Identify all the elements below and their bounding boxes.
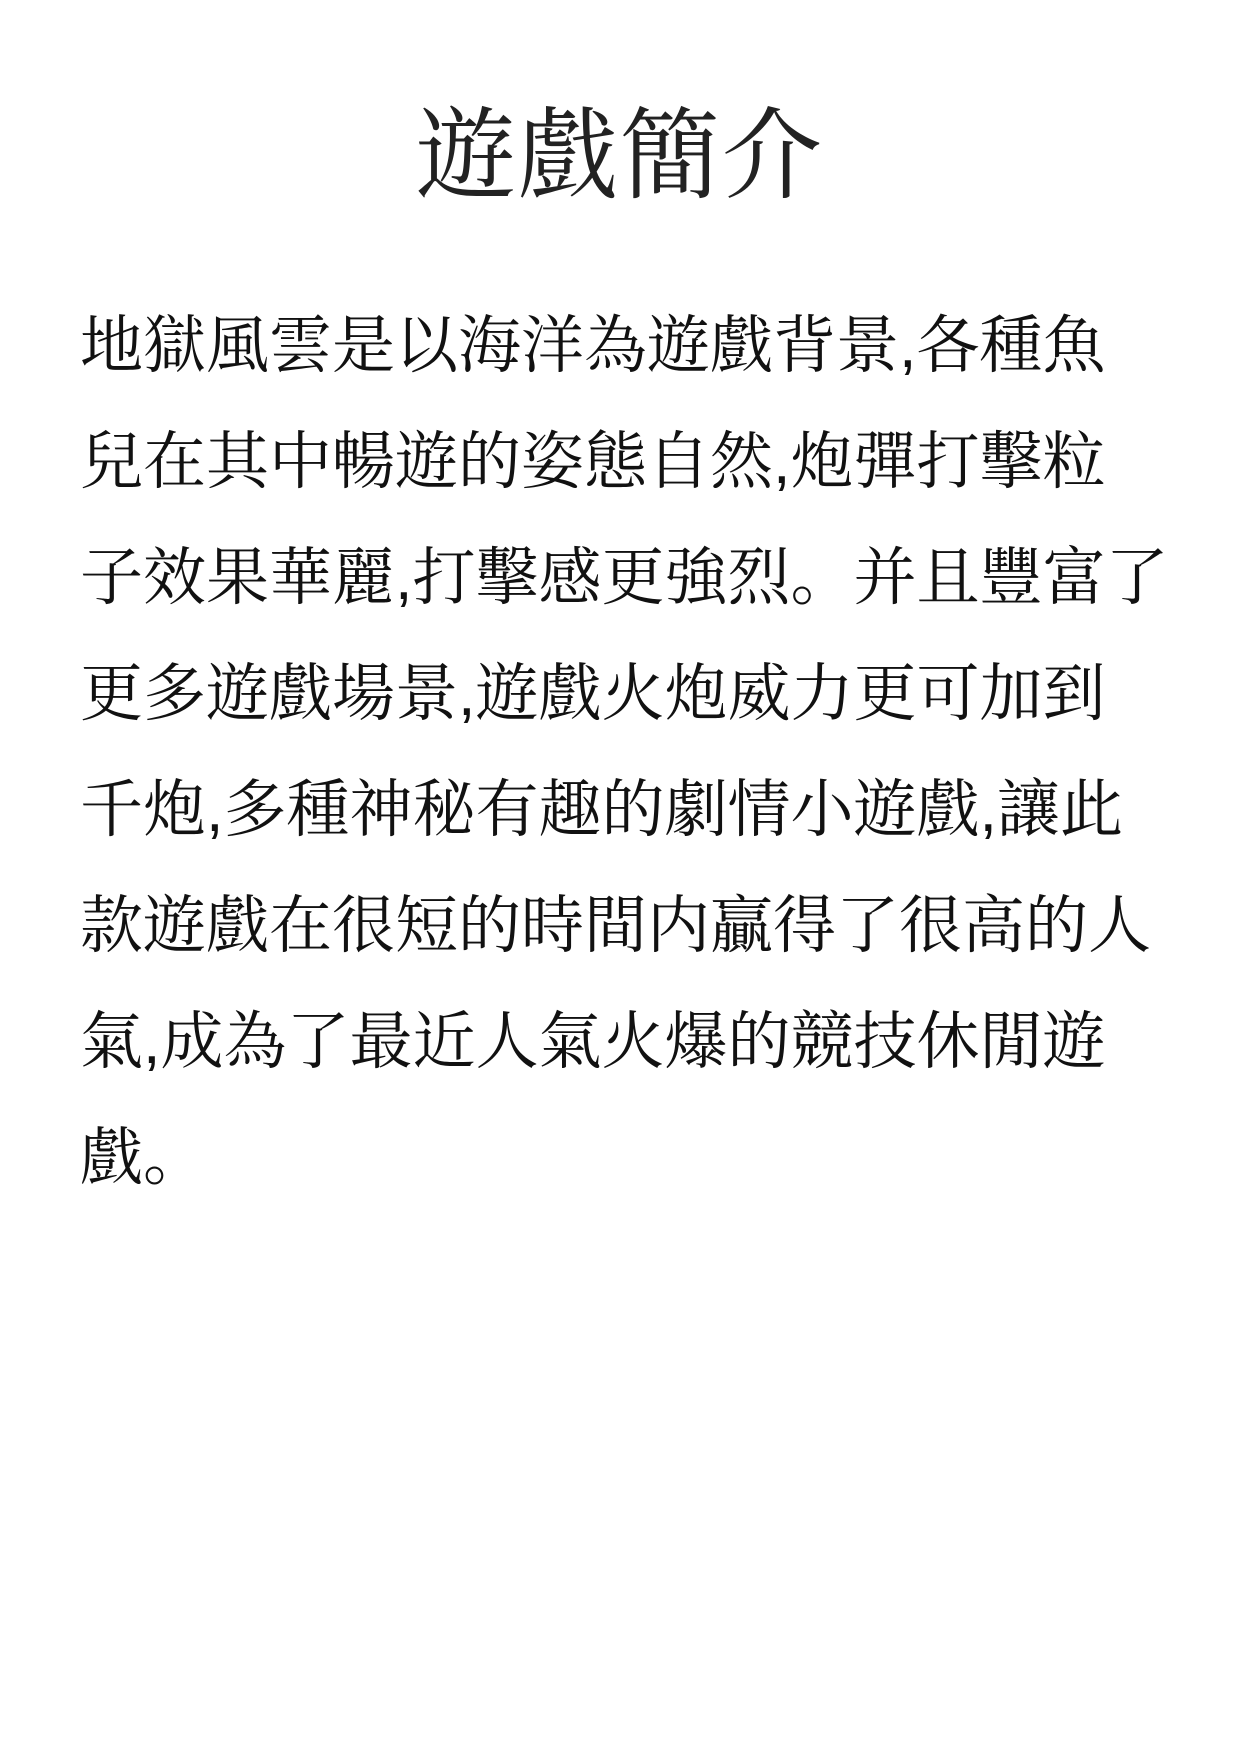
intro-paragraph: 地獄風雲是以海洋為遊戲背景,各種魚 兒在其中暢遊的姿態自然,炮彈打擊粒 子效果華… (80, 288, 1180, 1216)
body-line: 千炮,多種神秘有趣的劇情小遊戲,讓此 (80, 752, 1180, 868)
body-line: 戲。 (80, 1100, 1180, 1216)
body-line: 更多遊戲場景,遊戲火炮威力更可加到 (80, 636, 1180, 752)
body-line: 子效果華麗,打擊感更強烈。并且豐富了 (80, 520, 1180, 636)
body-line: 兒在其中暢遊的姿態自然,炮彈打擊粒 (80, 404, 1180, 520)
document-page: 遊戲簡介 地獄風雲是以海洋為遊戲背景,各種魚 兒在其中暢遊的姿態自然,炮彈打擊粒… (0, 0, 1240, 1754)
body-line: 款遊戲在很短的時間内贏得了很高的人 (80, 868, 1180, 984)
body-line: 地獄風雲是以海洋為遊戲背景,各種魚 (80, 288, 1180, 404)
body-line: 氣,成為了最近人氣火爆的競技休閒遊 (80, 984, 1180, 1100)
page-title: 遊戲簡介 (0, 99, 1240, 214)
